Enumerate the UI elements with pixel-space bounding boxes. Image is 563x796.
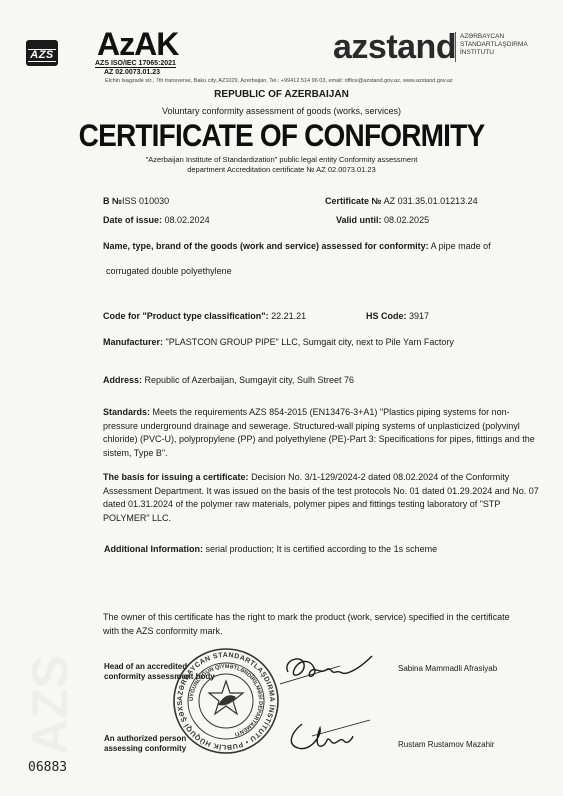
azak-logo: AzAK <box>97 28 178 60</box>
standards: Standards: Meets the requirements AZS 85… <box>103 406 543 460</box>
goods-name: Name, type, brand of the goods (work and… <box>103 241 491 251</box>
head-signatory-name: Sabina Mammadli Afrasiyab <box>398 664 497 673</box>
republic-heading: REPUBLIC OF AZERBAIJAN <box>0 89 563 100</box>
authorized-signature-icon <box>282 718 372 758</box>
valid-until: Valid until: 08.02.2025 <box>336 215 429 225</box>
date-of-issue: Date of issue: 08.02.2024 <box>103 215 210 225</box>
manufacturer-address: Address: Republic of Azerbaijan, Sumgayi… <box>103 375 354 385</box>
additional-information: Additional Information: serial productio… <box>104 544 437 554</box>
voluntary-subtitle: Voluntary conformity assessment of goods… <box>0 106 563 116</box>
hs-code: HS Code: 3917 <box>366 311 429 321</box>
product-type-code: Code for "Product type classification": … <box>103 311 306 321</box>
authorized-signatory-name: Rustam Rustamov Mazahir <box>398 740 494 749</box>
certificate-title: CERTIFICATE OF CONFORMITY <box>0 118 563 154</box>
certificate-number: Certificate № AZ 031.35.01.01213.24 <box>325 196 478 206</box>
goods-name-continued: corrugated double polyethylene <box>106 266 232 276</box>
authorized-signatory-label: An authorized person assessing conformit… <box>104 734 186 754</box>
institute-accreditation: "Azerbaijan Institute of Standardization… <box>0 155 563 175</box>
issuing-basis: The basis for issuing a certificate: Dec… <box>103 471 543 525</box>
head-signature-icon <box>280 650 380 690</box>
registered-mark: ® <box>451 34 454 39</box>
manufacturer: Manufacturer: "PLASTCON GROUP PIPE" LLC,… <box>103 337 454 347</box>
owner-rights-notice: The owner of this certificate has the ri… <box>103 611 523 638</box>
azstand-logo: azstand <box>333 30 456 64</box>
azstand-institute-name: AZƏRBAYCAN STANDARTLAŞDIRMA İNSTITUTU <box>460 33 528 57</box>
logo-divider <box>455 32 456 62</box>
blank-number: B №ISS 010030 <box>103 196 169 206</box>
serial-number: 06883 <box>28 760 67 775</box>
azs-logo: AZS <box>26 40 58 66</box>
head-signatory-label: Head of an accredited conformity assessm… <box>104 662 215 682</box>
institute-address: Elchin Isagzade str., 7th transverse, Ba… <box>105 78 453 84</box>
security-watermark: AZS <box>22 505 78 755</box>
azak-accreditation-code: AZ 02.0073.01.23 <box>104 69 160 76</box>
azak-iso-standard: AZS ISO/IEC 17065:2021 <box>95 60 176 68</box>
